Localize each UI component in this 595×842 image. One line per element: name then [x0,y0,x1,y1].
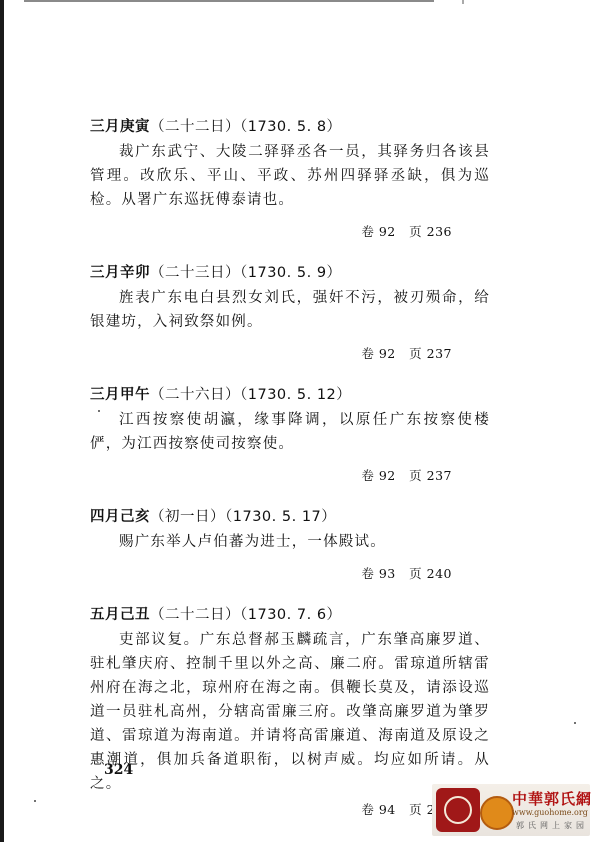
scan-top-tick [462,0,464,4]
watermark-logo: 中華郭氏網 www.guohome.org 郭氏网上家园 [432,784,590,836]
coin-icon [480,796,514,830]
entry-heading: 三月辛卯（二十三日）（1730. 5. 9） [90,264,490,282]
entry-date-ganzhi: 三月辛卯 [90,265,150,281]
seal-icon [436,788,480,832]
entry-2: 三月辛卯（二十三日）（1730. 5. 9） 旌表广东电白县烈女刘氏，强奸不污，… [90,264,490,362]
entry-gregorian-date: （1730. 5. 9） [240,265,342,281]
entry-date-ganzhi: 三月庚寅 [90,119,150,135]
entry-reference: 卷 92 页 237 [90,466,490,484]
entry-date-ganzhi: 四月己亥 [90,509,150,525]
scan-speck [34,800,36,802]
entry-lunar-day: （初一日） [150,509,225,525]
document-page: 三月庚寅（二十二日）（1730. 5. 8） 裁广东武宁、大陵二驿驿丞各一员，其… [90,118,490,818]
entry-3: 三月甲午（二十六日）（1730. 5. 12） 江西按察使胡瀛，缘事降调，以原任… [90,386,490,484]
entry-lunar-day: （二十六日） [150,387,240,403]
entry-heading: 五月己丑（二十二日）（1730. 7. 6） [90,606,490,624]
scan-left-border [0,0,4,842]
entry-gregorian-date: （1730. 5. 12） [240,387,351,403]
entry-date-ganzhi: 五月己丑 [90,607,150,623]
entry-4: 四月己亥（初一日）（1730. 5. 17） 赐广东举人卢伯蕃为进士，一体殿试。… [90,508,490,582]
page-number: 324 [104,762,133,778]
entry-reference: 卷 93 页 240 [90,564,490,582]
entry-lunar-day: （二十二日） [150,119,240,135]
entry-heading: 四月己亥（初一日）（1730. 5. 17） [90,508,490,526]
entry-body: 赐广东举人卢伯蕃为进士，一体殿试。 [90,530,490,554]
entry-body: 旌表广东电白县烈女刘氏，强奸不污，被刃殒命，给银建坊，入祠致祭如例。 [90,286,490,334]
entry-lunar-day: （二十三日） [150,265,240,281]
scan-speck [574,722,576,724]
entry-body: 江西按察使胡瀛，缘事降调，以原任广东按察使楼俨，为江西按察使司按察使。 [90,408,490,456]
scan-speck [98,410,100,412]
watermark-title: 中華郭氏網 [512,788,592,809]
entry-gregorian-date: （1730. 5. 8） [240,119,342,135]
entry-body: 吏部议复。广东总督郝玉麟疏言，广东肇高廉罗道、驻札肇庆府、控制千里以外之高、廉二… [90,628,490,796]
entry-date-ganzhi: 三月甲午 [90,387,150,403]
entry-5: 五月己丑（二十二日）（1730. 7. 6） 吏部议复。广东总督郝玉麟疏言，广东… [90,606,490,818]
watermark-url: www.guohome.org [512,808,588,817]
entry-gregorian-date: （1730. 7. 6） [240,607,342,623]
entry-reference: 卷 92 页 236 [90,222,490,240]
entry-gregorian-date: （1730. 5. 17） [225,509,336,525]
entry-reference: 卷 94 页 264 [90,800,490,818]
entry-reference: 卷 92 页 237 [90,344,490,362]
entry-heading: 三月庚寅（二十二日）（1730. 5. 8） [90,118,490,136]
entry-body: 裁广东武宁、大陵二驿驿丞各一员，其驿务归各该县管理。改欣乐、平山、平政、苏州四驿… [90,140,490,212]
entry-heading: 三月甲午（二十六日）（1730. 5. 12） [90,386,490,404]
watermark-slogan: 郭氏网上家园 [516,820,588,831]
scan-top-rule [24,0,434,2]
entry-lunar-day: （二十二日） [150,607,240,623]
entry-1: 三月庚寅（二十二日）（1730. 5. 8） 裁广东武宁、大陵二驿驿丞各一员，其… [90,118,490,240]
